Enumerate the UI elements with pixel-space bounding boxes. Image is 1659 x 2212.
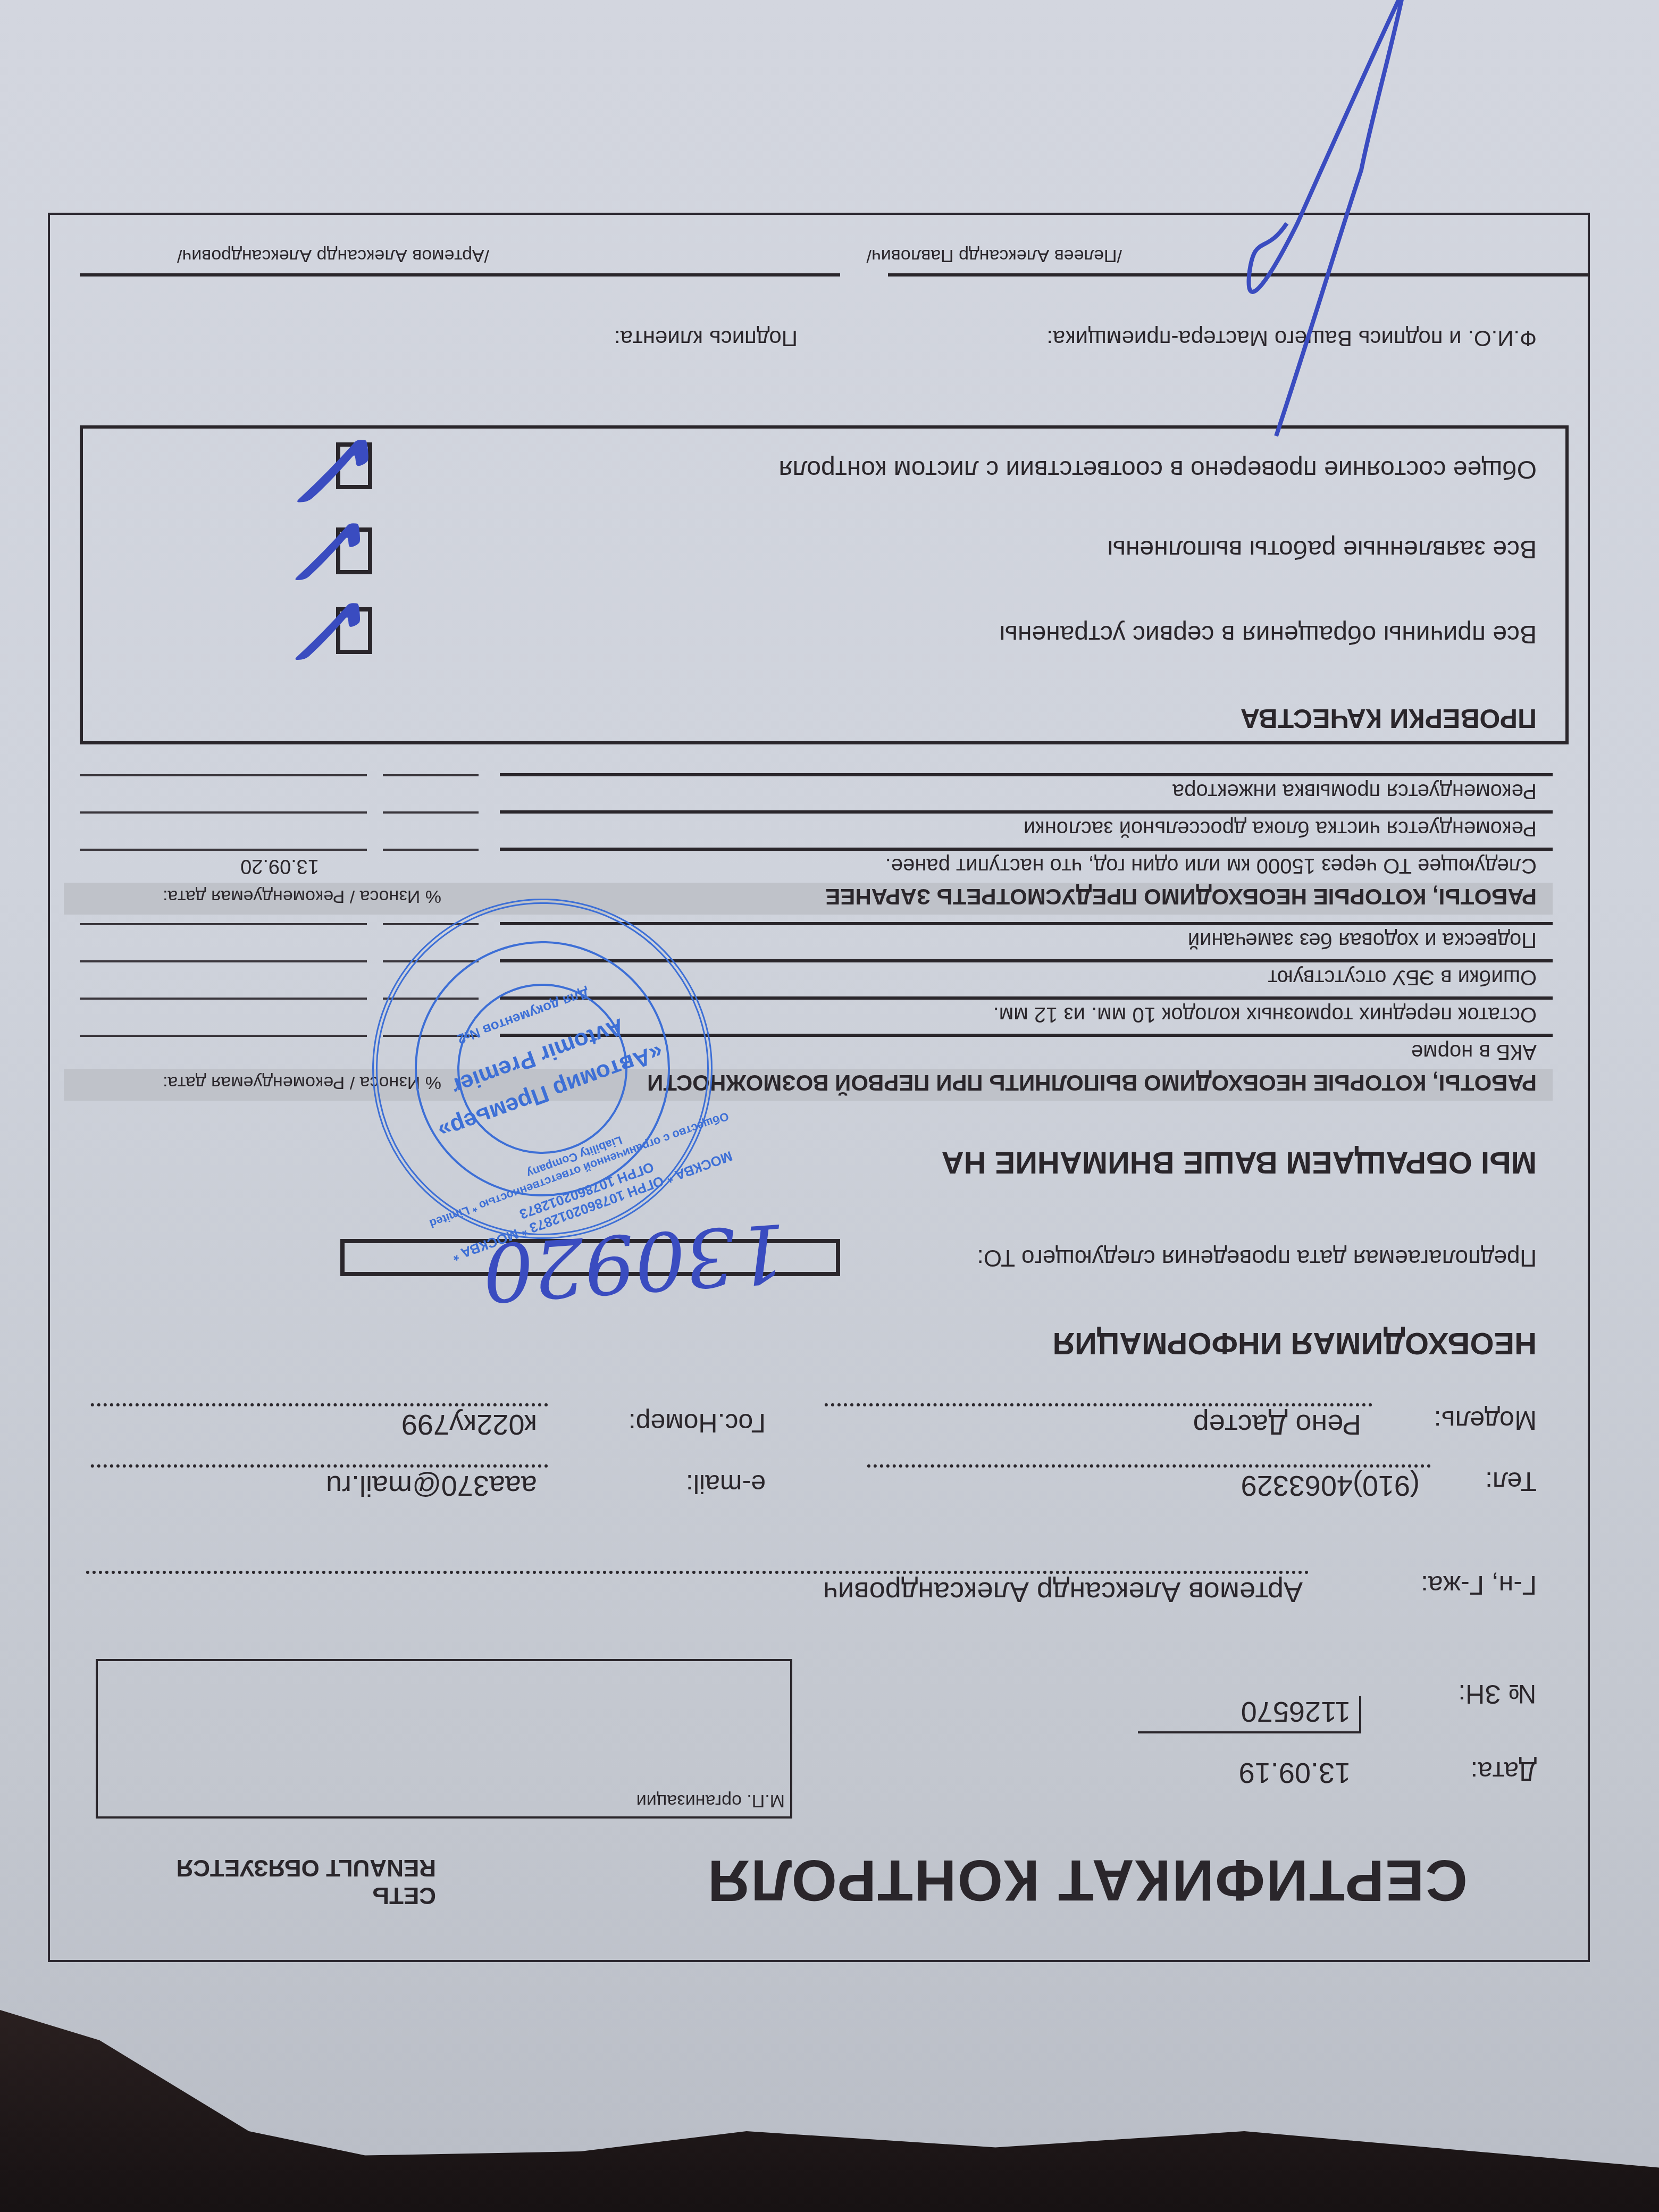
date-line (80, 998, 367, 1000)
planned-column-header: % Износа / Рекомендуемая дата: (163, 886, 441, 907)
customer-name-label: Г-н, Г-жа: (1421, 1570, 1537, 1601)
zn-value: 1126570 (1241, 1695, 1351, 1728)
date-line (80, 811, 367, 814)
wear-line (383, 774, 479, 776)
phone-label: Тел: (1485, 1466, 1537, 1497)
date-value: 13.09.19 (1239, 1756, 1351, 1789)
client-name: /Артемов Александр Александрович/ (177, 245, 489, 266)
urgent-item: АКБ в норме (1411, 1040, 1537, 1063)
quality-check-label: Все причины обращения в сервис устранены (999, 619, 1537, 649)
planned-item: Рекомендуется чистка блока дроссельной з… (1024, 816, 1537, 840)
plate-line (90, 1403, 548, 1406)
phone-value: (910)4063329 (1241, 1469, 1420, 1502)
client-signature-line (80, 273, 840, 276)
customer-name-line (85, 1571, 1308, 1574)
document-title: СЕРТИФИКАТ КОНТРОЛЯ (707, 1847, 1468, 1914)
urgent-item: Подвеска и ходовая без замечаний (1188, 928, 1537, 952)
row-line (500, 922, 1553, 925)
urgent-item: Ошибки в ЭБУ отсутствуют (1268, 965, 1537, 989)
date-line (80, 1035, 367, 1037)
urgent-item: Остаток передних тормозных колодок 10 мм… (993, 1002, 1537, 1026)
urgent-heading: РАБОТЫ, КОТОРЫЕ НЕОБХОДИМО ВЫПОЛНИТЬ ПРИ… (647, 1070, 1537, 1095)
quality-heading: ПРОВЕРКИ КАЧЕСТВА (1241, 703, 1537, 734)
zn-label: № ЗН: (1458, 1679, 1537, 1710)
next-service-label: Предполагаемая дата проведения следующег… (977, 1244, 1537, 1271)
client-signature-label: Подпись клиента: (614, 325, 798, 351)
network-line1: СЕТЬ (372, 1881, 436, 1909)
model-label: Модель: (1434, 1405, 1537, 1436)
model-value: Рено Дастер (1193, 1408, 1361, 1441)
date-line (80, 923, 367, 925)
model-line (824, 1403, 1372, 1406)
planned-item: Рекомендуется промывка инжектора (1172, 779, 1537, 803)
quality-check-label: Все заявленные работы выполнены (1107, 534, 1537, 564)
planned-item-date: 13.09.20 (240, 854, 319, 877)
customer-name-value: Артемов Александр Александрович (823, 1576, 1303, 1608)
date-line (80, 960, 367, 962)
plate-label: Гос.Номер: (629, 1407, 766, 1438)
planned-item: Следующее ТО через 15000 км или один год… (885, 853, 1537, 877)
master-name: /Пелеев Александр Павлович/ (867, 245, 1122, 266)
date-line (80, 849, 367, 851)
phone-line (867, 1464, 1430, 1468)
row-line (500, 810, 1553, 814)
wear-line (383, 811, 479, 814)
document-rotated: СЕРТИФИКАТ КОНТРОЛЯ СЕТЬ RENAULT ОБЯЗУЕТ… (0, 0, 1659, 2212)
stamp-place-box: М.П. организации (96, 1659, 792, 1819)
planned-heading: РАБОТЫ, КОТОРЫЕ НЕОБХОДИМО ПРЕДУСМОТРЕТЬ… (825, 884, 1537, 909)
plate-value: к022ку799 (401, 1408, 537, 1441)
email-value: aaa370@mail.ru (326, 1469, 537, 1502)
master-signature-scribble (1159, 0, 1425, 447)
row-line (500, 773, 1553, 776)
required-info-heading: НЕОБХОДИМАЯ ИНФОРМАЦИЯ (1052, 1326, 1537, 1361)
date-label: Дата: (1470, 1756, 1537, 1787)
stamp-place-label: М.П. организации (636, 1790, 785, 1811)
email-line (90, 1464, 548, 1468)
email-label: e-mail: (686, 1469, 766, 1499)
check-mark-icon: ✓ (296, 401, 393, 537)
quality-check-label: Общее состояние проверено в соответствии… (778, 455, 1537, 484)
date-line (80, 774, 367, 776)
attention-heading: МЫ ОБРАЩАЕМ ВАШЕ ВНИМАНИЕ НА (942, 1145, 1537, 1180)
network-line2: RENAULT ОБЯЗУЕТСЯ (177, 1854, 436, 1881)
wear-line (383, 849, 479, 851)
row-line (500, 848, 1553, 851)
